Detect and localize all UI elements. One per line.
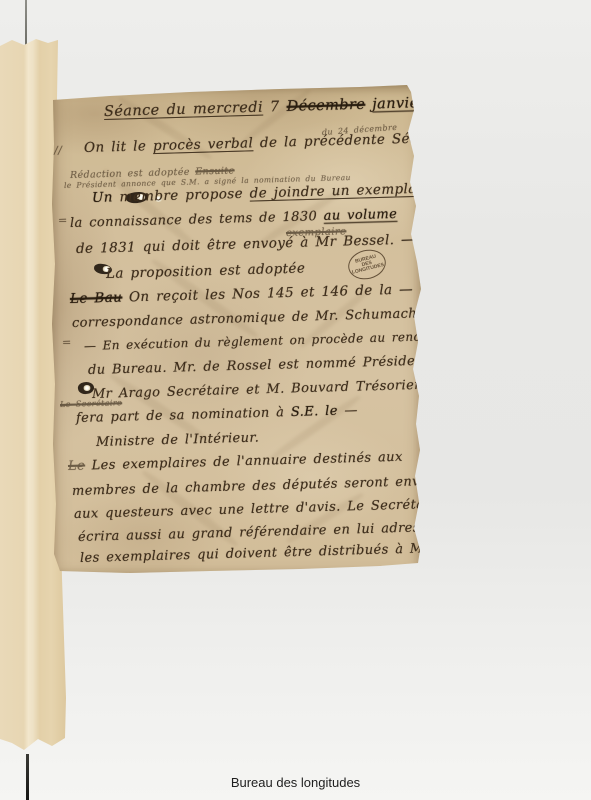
paper-damage-speck bbox=[83, 385, 91, 391]
line-text: Un bbox=[92, 189, 113, 206]
line-text: membre propose bbox=[113, 186, 250, 206]
manuscript-line: On lit le procès verbal de la précédente… bbox=[84, 129, 473, 156]
struck-text: Le bbox=[68, 459, 86, 474]
manuscript-line: Le Bau On reçoit les Nos 145 et 146 de l… bbox=[70, 281, 414, 307]
manuscript-line: du Bureau. Mr. de Rossel est nommé Prési… bbox=[88, 353, 455, 378]
title-text: Séance du mercredi bbox=[104, 100, 263, 120]
line-text: procès verbal bbox=[153, 135, 254, 154]
line-text: écrira aussi au grand référendaire en lu… bbox=[78, 520, 450, 545]
struck-month: Décembre bbox=[286, 97, 365, 115]
manuscript-line: Mr Arago Secrétaire et M. Bouvard Trésor… bbox=[92, 376, 486, 402]
line-text: S.E. le bbox=[291, 404, 345, 420]
dash: — bbox=[441, 353, 455, 368]
margin-mark: = bbox=[58, 214, 68, 227]
superscript-text: Secré- bbox=[454, 380, 486, 391]
margin-mark: // bbox=[54, 144, 63, 157]
bureau-des-longitudes-stamp: BUREAU DES LONGITUDES bbox=[345, 246, 389, 283]
dash: — bbox=[401, 232, 415, 248]
stamp-text: LONGITUDES bbox=[352, 263, 385, 276]
manuscript-line: écrira aussi au grand référendaire en lu… bbox=[78, 520, 450, 545]
manuscript-line: La proposition est adoptée bbox=[106, 260, 306, 282]
manuscript-line: Ministre de l'Intérieur. bbox=[96, 430, 260, 450]
line-text: On lit le bbox=[84, 138, 153, 156]
manuscript-line: Le Les exemplaires de l'annuaire destiné… bbox=[68, 450, 403, 474]
line-text: de 1831 qui doit être envoyé à Mr Bessel… bbox=[76, 232, 402, 257]
line-text: Mr Arago Secrétaire et M. Bouvard Trésor… bbox=[92, 377, 455, 402]
scanned-document-page: // = = Séance du mercredi 7 Décembre jan… bbox=[0, 0, 591, 800]
margin-mark: = bbox=[62, 336, 72, 349]
line-text: correspondance astronomique de Mr. Schum… bbox=[72, 306, 435, 331]
manuscript-leaf: // = = Séance du mercredi 7 Décembre jan… bbox=[50, 84, 422, 576]
struck-text: Le Bau bbox=[70, 290, 123, 307]
dash: — bbox=[399, 281, 413, 297]
line-text: membres de la chambre des députés seront… bbox=[72, 473, 451, 499]
manuscript-line: aux questeurs avec une lettre d'avis. Le… bbox=[74, 497, 444, 522]
dash: — bbox=[344, 403, 358, 418]
manuscript-line: — En exécution du règlement on procède a… bbox=[84, 328, 493, 353]
line-text: Les exemplaires de l'annuaire destinés a… bbox=[85, 450, 403, 474]
line-text: aux questeurs avec une lettre d'avis. Le… bbox=[74, 497, 444, 522]
line-text: du Bureau. Mr. de Rossel est nommé Prési… bbox=[88, 353, 441, 378]
manuscript-line: membres de la chambre des députés seront… bbox=[72, 473, 451, 499]
title-day: 7 bbox=[263, 99, 287, 116]
struck-interline: Le Secrétaire bbox=[60, 398, 122, 409]
line-text: Ministre de l'Intérieur. bbox=[96, 430, 260, 450]
line-text: — En exécution du règlement on procède a… bbox=[84, 328, 493, 353]
manuscript-line: la connaissance des tems de 1830 au volu… bbox=[70, 207, 398, 231]
line-text: au volume bbox=[324, 207, 398, 224]
line-text: fera part de sa nomination à bbox=[76, 405, 291, 426]
line-text: La proposition est adoptée bbox=[106, 260, 306, 282]
manuscript-title-line: Séance du mercredi 7 Décembre janvier 18… bbox=[104, 94, 472, 120]
image-caption: Bureau des longitudes bbox=[0, 775, 591, 790]
book-spine-edge-top bbox=[25, 0, 27, 47]
manuscript-line: correspondance astronomique de Mr. Schum… bbox=[72, 306, 435, 331]
struck-text: Le Secrétaire bbox=[60, 398, 122, 409]
title-date: janvier 1829 bbox=[372, 94, 472, 113]
